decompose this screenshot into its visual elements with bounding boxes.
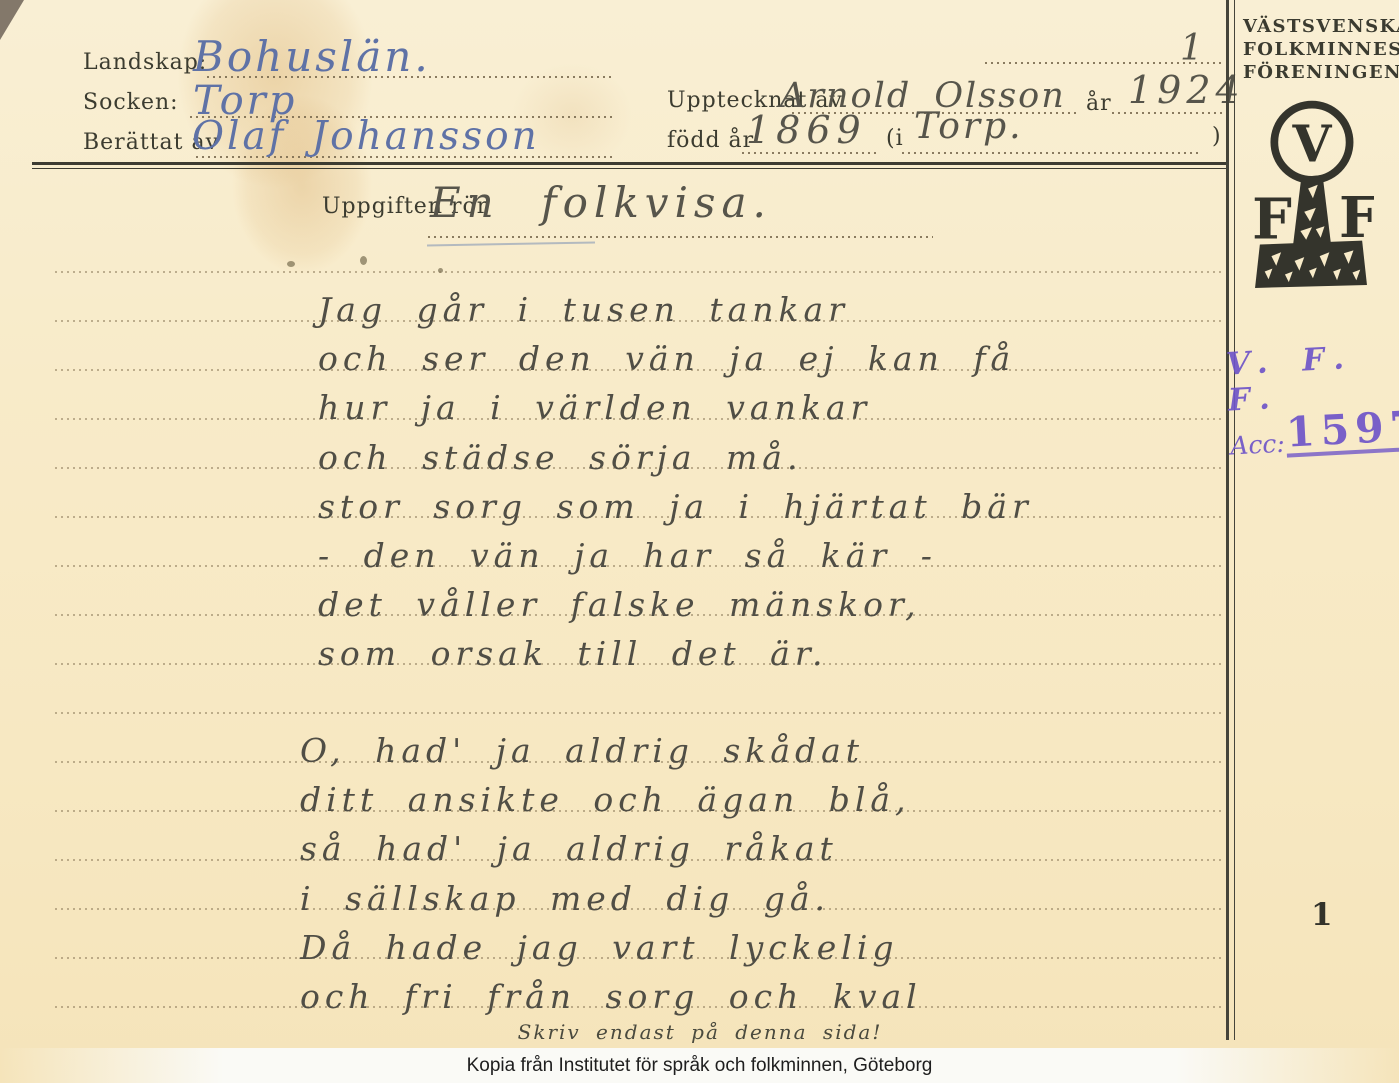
poem-line: O, had' ja aldrig skådat: [300, 726, 922, 775]
organisation-name-line: FÖRENINGEN: [1243, 61, 1399, 84]
socken-label: Socken:: [83, 90, 179, 115]
organisation-name-line: FOLKMINNES=: [1243, 38, 1399, 61]
poem-line: stor sorg som ja i hjärtat bär: [318, 482, 1033, 531]
birthplace-handwritten-value: Torp.: [914, 106, 1024, 147]
header-divider-line-thin: [32, 168, 1228, 169]
stamp-acc-number: 1597: [1285, 406, 1399, 457]
poem-line: Då hade jag vart lyckelig: [300, 923, 922, 972]
poem-line: som orsak till det är.: [318, 629, 1033, 678]
page-number: 1: [1311, 897, 1333, 933]
stamp-acc-label: Acc:: [1230, 429, 1286, 461]
copy-note-band: Kopia från Institutet för språk och folk…: [0, 1048, 1399, 1083]
ar-label: år: [1086, 91, 1112, 116]
fodd-ar-handwritten-value: 1869: [746, 108, 867, 152]
birthplace-dotted-line: [902, 152, 1202, 154]
birthplace-paren-close: ): [1212, 124, 1222, 149]
berattat-handwritten-value: Olaf Johansson: [192, 114, 540, 159]
record-card-scan: Landskap: Socken: Berättat av Upptecknat…: [0, 0, 1399, 1083]
ruled-line: [55, 271, 1223, 273]
ink-speck: [360, 256, 367, 265]
organisation-name-line: VÄSTSVENSKA: [1243, 15, 1399, 38]
logo-letter-v: V: [1292, 115, 1333, 174]
margin-divider-line: [1226, 0, 1229, 1040]
landskap-handwritten-value: Bohuslän.: [193, 32, 431, 81]
ink-speck: [287, 261, 295, 267]
write-only-this-side-note: Skriv endast på denna sida!: [430, 1020, 970, 1044]
poem-line: det våller falske mänskor,: [318, 580, 1033, 629]
poem-line: - den vän ja har så kär -: [318, 531, 1033, 580]
ruled-line: [55, 712, 1223, 714]
thors-hammer-logo-icon: V F F: [1248, 94, 1374, 318]
scan-corner-shadow: [0, 0, 24, 40]
poem-line: så had' ja aldrig råkat: [300, 824, 922, 873]
poem-line: i sällskap med dig gå.: [300, 874, 922, 923]
copy-note-text: Kopia från Institutet för språk och folk…: [467, 1055, 933, 1076]
logo-letter-f-right: F: [1339, 185, 1374, 251]
logo-letter-f-left: F: [1252, 187, 1292, 253]
poem-line: Jag går i tusen tankar: [318, 285, 1033, 334]
organisation-name: VÄSTSVENSKA FOLKMINNES= FÖRENINGEN: [1243, 15, 1399, 84]
pencil-underline: [427, 242, 595, 247]
vff-accession-stamp: V. F. F. Acc: 1597: [1225, 337, 1399, 460]
poem-line: ditt ansikte och ägan blå,: [300, 775, 922, 824]
fodd-ar-label: född år: [667, 128, 754, 153]
subject-dotted-line: [428, 236, 933, 238]
poem-stanza-2: O, had' ja aldrig skådat ditt ansikte oc…: [300, 726, 922, 1021]
birthplace-paren-open: (i: [886, 126, 904, 151]
poem-line: och ser den vän ja ej kan få: [318, 334, 1033, 383]
fodd-ar-dotted-line: [742, 152, 877, 154]
poem-line: och fri från sorg och kval: [300, 972, 922, 1021]
header-divider-line: [32, 162, 1228, 165]
poem-line: och städse sörja må.: [318, 433, 1033, 482]
subject-handwritten-value: En folkvisa.: [430, 178, 772, 227]
poem-line: hur ja i världen vankar: [318, 383, 1033, 432]
page-mark-handwritten: 1: [1180, 28, 1206, 69]
poem-stanza-1: Jag går i tusen tankar och ser den vän j…: [318, 285, 1033, 679]
landskap-label: Landskap:: [83, 50, 207, 75]
margin-divider-line-thin: [1234, 0, 1235, 1040]
ar-dotted-line: [1112, 112, 1222, 114]
